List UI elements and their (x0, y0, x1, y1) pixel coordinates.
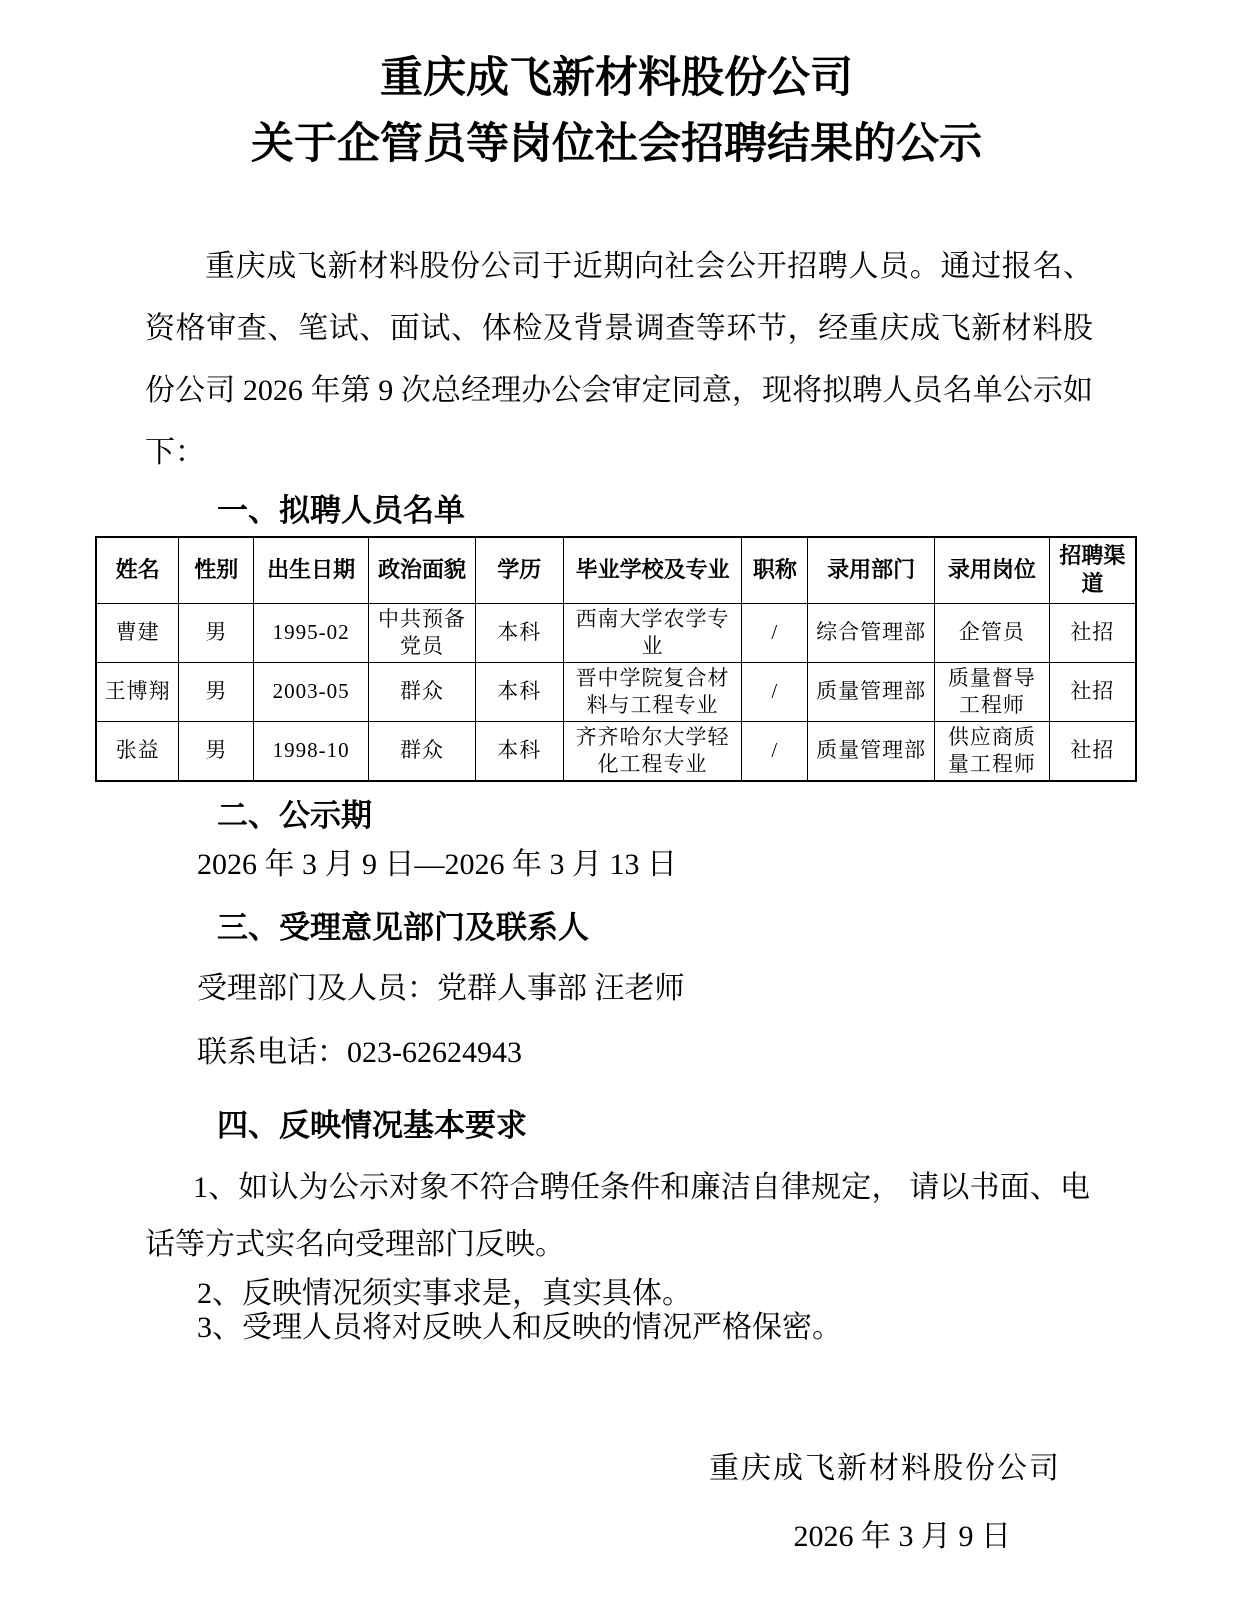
table-cell: 齐齐哈尔大学轻化工程专业 (563, 721, 742, 781)
table-header-row: 姓名性别出生日期政治面貌学历毕业学校及专业职称录用部门录用岗位招聘渠道 (96, 537, 1136, 603)
contact-department: 受理部门及人员：党群人事部 汪老师 (197, 971, 1233, 1007)
section4-heading: 四、反映情况基本要求 (217, 1109, 1233, 1143)
table-cell: 本科 (475, 603, 563, 662)
table-cell: 群众 (369, 721, 476, 781)
section2-heading: 二、公示期 (217, 799, 1233, 833)
publicity-period: 2026 年 3 月 9 日—2026 年 3 月 13 日 (197, 847, 1233, 883)
table-cell: / (742, 721, 808, 781)
table-row: 曹建男1995-02中共预备党员本科西南大学农学专业/综合管理部企管员社招 (96, 603, 1136, 662)
table-cell: 质量管理部 (808, 721, 935, 781)
column-header: 录用部门 (808, 537, 935, 603)
column-header: 毕业学校及专业 (563, 537, 742, 603)
contact-phone: 联系电话：023-62624943 (197, 1035, 1233, 1071)
table-cell: 中共预备党员 (369, 603, 476, 662)
intro-paragraph: 重庆成飞新材料股份公司于近期向社会公开招聘人员。通过报名、资格审查、笔试、面试、… (145, 236, 1093, 484)
table-cell: 男 (179, 603, 254, 662)
table-cell: / (742, 603, 808, 662)
column-header: 政治面貌 (369, 537, 476, 603)
announcement-page: 重庆成飞新材料股份公司 关于企管员等岗位社会招聘结果的公示 重庆成飞新材料股份公… (0, 0, 1233, 1600)
signature-block: 重庆成飞新材料股份公司 2026 年 3 月 9 日 (0, 1451, 1233, 1555)
requirement-item-1: 1、如认为公示对象不符合聘任条件和廉洁自律规定， 请以书面、电话等方式实名向受理… (145, 1159, 1090, 1273)
table-cell: 1995-02 (254, 603, 369, 662)
table-cell: 群众 (369, 662, 476, 721)
column-header: 姓名 (96, 537, 179, 603)
table-cell: 1998-10 (254, 721, 369, 781)
table-row: 张益男1998-10群众本科齐齐哈尔大学轻化工程专业/质量管理部供应商质量工程师… (96, 721, 1136, 781)
table-cell: 晋中学院复合材料与工程专业 (563, 662, 742, 721)
column-header: 学历 (475, 537, 563, 603)
table-cell: 本科 (475, 721, 563, 781)
table-cell: 男 (179, 721, 254, 781)
column-header: 招聘渠道 (1049, 537, 1136, 603)
table-cell: 社招 (1049, 721, 1136, 781)
requirement-item-2: 2、反映情况须实事求是，真实具体。 (197, 1277, 1233, 1311)
section1-heading: 一、拟聘人员名单 (217, 494, 1233, 528)
table-cell: 质量管理部 (808, 662, 935, 721)
column-header: 职称 (742, 537, 808, 603)
table-cell: 供应商质量工程师 (935, 721, 1050, 781)
signature-company: 重庆成飞新材料股份公司 (0, 1451, 1233, 1487)
table-cell: 男 (179, 662, 254, 721)
column-header: 性别 (179, 537, 254, 603)
table-cell: 社招 (1049, 603, 1136, 662)
document-title: 重庆成飞新材料股份公司 关于企管员等岗位社会招聘结果的公示 (0, 46, 1233, 178)
signature-date: 2026 年 3 月 9 日 (0, 1519, 1233, 1555)
column-header: 录用岗位 (935, 537, 1050, 603)
document-title-line1: 重庆成飞新材料股份公司 (0, 46, 1233, 112)
document-title-line2: 关于企管员等岗位社会招聘结果的公示 (0, 112, 1233, 178)
requirement-item-3: 3、受理人员将对反映人和反映的情况严格保密。 (197, 1311, 1233, 1345)
table-cell: 西南大学农学专业 (563, 603, 742, 662)
table-cell: 2003-05 (254, 662, 369, 721)
table-cell: 企管员 (935, 603, 1050, 662)
table-cell: / (742, 662, 808, 721)
table-cell: 社招 (1049, 662, 1136, 721)
table-cell: 本科 (475, 662, 563, 721)
column-header: 出生日期 (254, 537, 369, 603)
table-cell: 综合管理部 (808, 603, 935, 662)
hire-table: 姓名性别出生日期政治面貌学历毕业学校及专业职称录用部门录用岗位招聘渠道曹建男19… (95, 536, 1137, 782)
table-cell: 王博翔 (96, 662, 179, 721)
table-cell: 张益 (96, 721, 179, 781)
table-cell: 质量督导工程师 (935, 662, 1050, 721)
table-row: 王博翔男2003-05群众本科晋中学院复合材料与工程专业/质量管理部质量督导工程… (96, 662, 1136, 721)
table-cell: 曹建 (96, 603, 179, 662)
section3-heading: 三、受理意见部门及联系人 (217, 911, 1233, 945)
